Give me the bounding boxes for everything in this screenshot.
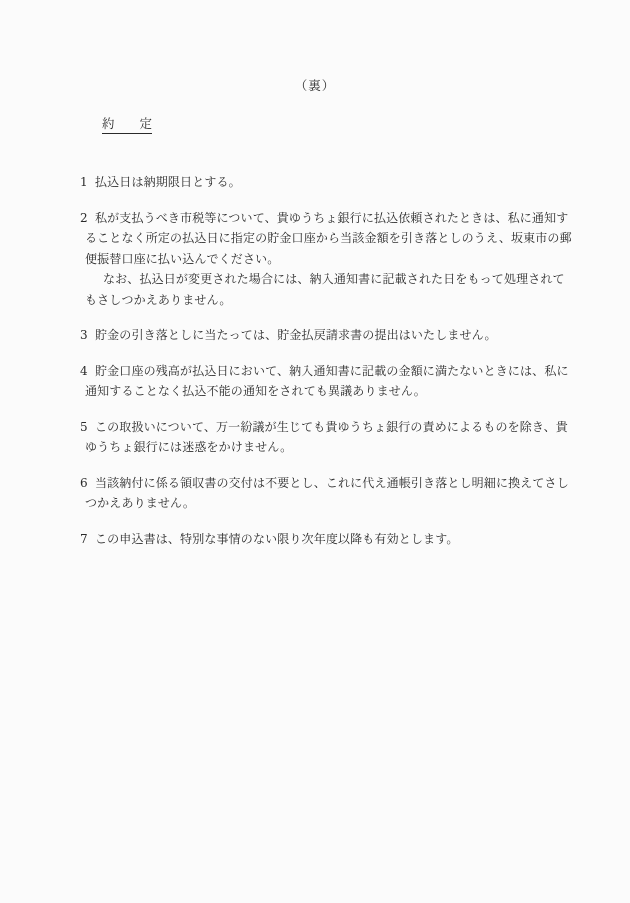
term-item-line: 5この取扱いについて、万一紛議が生じても貴ゆうちょ銀行の責めによるものを除き、貴: [80, 417, 572, 438]
term-item-line: 3貯金の引き落としに当たっては、貯金払戻請求書の提出はいたしません。: [80, 325, 572, 346]
term-item-number: 1: [80, 172, 95, 193]
term-item-line: 4貯金口座の残高が払込日において、納入通知書に記載の金額に満たないときには、私に: [80, 361, 572, 382]
term-item-line: 1払込日は納期限日とする。: [80, 172, 572, 193]
term-item-text: この申込書は、特別な事情のない限り次年度以降も有効とします。: [95, 532, 459, 546]
term-item-line: 通知することなく払込不能の通知をされても異議ありません。: [80, 381, 572, 402]
terms-title: 約 定: [102, 116, 152, 134]
term-item-line: 便振替口座に払い込んでください。: [80, 249, 572, 270]
term-item-text: 貯金の引き落としに当たっては、貯金払戻請求書の提出はいたしません。: [95, 328, 497, 342]
term-item-3: 3貯金の引き落としに当たっては、貯金払戻請求書の提出はいたしません。: [80, 325, 572, 346]
term-item-2: 2私が支払うべき市税等について、貴ゆうちょ銀行に払込依頼されたときは、私に通知す…: [80, 208, 572, 311]
term-item-text: 当該納付に係る領収書の交付は不要とし、これに代え通帳引き落とし明細に換えてさし: [95, 476, 569, 490]
term-item-number: 7: [80, 529, 95, 550]
term-item-number: 3: [80, 325, 95, 346]
term-item-1: 1払込日は納期限日とする。: [80, 172, 572, 193]
term-item-text: この取扱いについて、万一紛議が生じても貴ゆうちょ銀行の責めによるものを除き、貴: [95, 420, 568, 434]
term-item-number: 2: [80, 208, 95, 229]
term-item-6: 6当該納付に係る領収書の交付は不要とし、これに代え通帳引き落とし明細に換えてさし…: [80, 473, 572, 514]
term-item-text: 私が支払うべき市税等について、貴ゆうちょ銀行に払込依頼されたときは、私に通知す: [95, 211, 568, 225]
term-item-text: 払込日は納期限日とする。: [95, 175, 241, 189]
term-item-7: 7この申込書は、特別な事情のない限り次年度以降も有効とします。: [80, 529, 572, 550]
term-item-line: もさしつかえありません。: [80, 290, 572, 311]
terms-list: 1払込日は納期限日とする。 2私が支払うべき市税等について、貴ゆうちょ銀行に払込…: [80, 172, 572, 564]
term-item-line: ることなく所定の払込日に指定の貯金口座から当該金額を引き落としのうえ、坂東市の郵: [80, 228, 572, 249]
term-item-number: 6: [80, 473, 95, 494]
term-item-number: 4: [80, 361, 95, 382]
term-item-line: ゆうちょ銀行には迷惑をかけません。: [80, 437, 572, 458]
term-item-text: 貯金口座の残高が払込日において、納入通知書に記載の金額に満たないときには、私に: [95, 364, 569, 378]
term-item-line: 6当該納付に係る領収書の交付は不要とし、これに代え通帳引き落とし明細に換えてさし: [80, 473, 572, 494]
term-item-4: 4貯金口座の残高が払込日において、納入通知書に記載の金額に満たないときには、私に…: [80, 361, 572, 402]
term-item-number: 5: [80, 417, 95, 438]
term-item-5: 5この取扱いについて、万一紛議が生じても貴ゆうちょ銀行の責めによるものを除き、貴…: [80, 417, 572, 458]
term-item-line: 2私が支払うべき市税等について、貴ゆうちょ銀行に払込依頼されたときは、私に通知す: [80, 208, 572, 229]
terms-title-text: 約 定: [102, 116, 152, 134]
document-page: （裏） 約 定 1払込日は納期限日とする。 2私が支払うべき市税等について、貴ゆ…: [0, 0, 630, 903]
term-item-line: 7この申込書は、特別な事情のない限り次年度以降も有効とします。: [80, 529, 572, 550]
back-side-label: （裏）: [0, 79, 630, 93]
term-item-note-line: なお、払込日が変更された場合には、納入通知書に記載された日をもって処理されて: [80, 269, 572, 290]
term-item-line: つかえありません。: [80, 493, 572, 514]
